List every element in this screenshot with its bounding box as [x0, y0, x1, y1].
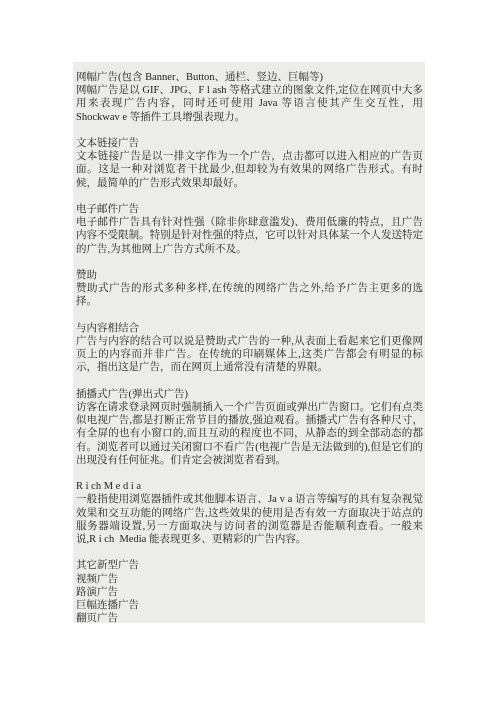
section-heading: 网幅广告(包含 Banner、Button、通栏、竖边、巨幅等)	[76, 71, 423, 84]
section-sponsorship: 赞助 赞助式广告的形式多种多样,在传统的网络广告之外,给予广告主更多的选择。	[76, 269, 423, 309]
section-heading: 赞助	[76, 269, 423, 282]
section-heading: R i ch M e d i a	[76, 480, 423, 493]
list-item: 翻页广告	[76, 612, 423, 623]
section-text-link-ads: 文本链接广告 文本链接广告是以一排文字作为一个广告，点击都可以进入相应的广告页面…	[76, 137, 423, 190]
section-heading: 文本链接广告	[76, 137, 423, 150]
section-body: 广告与内容的结合可以说是赞助式广告的一种,从表面上看起来它们更像网页上的内容而并…	[76, 335, 423, 375]
section-body: 访客在请求登录网页时强制插入一个广告页面或弹出广告窗口。它们有点类似电视广告,都…	[76, 401, 423, 467]
section-heading: 与内容相结合	[76, 322, 423, 335]
section-body: 电子邮件广告具有针对性强（除非你肆意滥发)、费用低廉的特点，且广告内容不受限制。…	[76, 216, 423, 256]
section-heading: 插播式广告(弹出式广告)	[76, 388, 423, 401]
section-banner-ads: 网幅广告(包含 Banner、Button、通栏、竖边、巨幅等) 网幅广告是以 …	[76, 71, 423, 124]
section-other-new-ads: 其它新型广告 视频广告 路演广告 巨幅连播广告 翻页广告 祝贺广告	[76, 559, 423, 623]
section-body: 文本链接广告是以一排文字作为一个广告，点击都可以进入相应的广告页面。这是一种对浏…	[76, 150, 423, 190]
section-heading: 其它新型广告	[76, 559, 423, 572]
section-body: 赞助式广告的形式多种多样,在传统的网络广告之外,给予广告主更多的选择。	[76, 282, 423, 308]
section-body: 网幅广告是以 GIF、JPG、F l ash 等格式建立的图象文件,定位在网页中…	[76, 84, 423, 124]
list-item: 视频广告	[76, 573, 423, 586]
list-item: 巨幅连播广告	[76, 599, 423, 612]
list-item: 路演广告	[76, 586, 423, 599]
document-content-block: 网幅广告(包含 Banner、Button、通栏、竖边、巨幅等) 网幅广告是以 …	[73, 62, 425, 623]
section-body: 一般指使用浏览器插件或其他脚本语言、Ja v a 语言等编写的具有复杂视觉效果和…	[76, 493, 423, 546]
section-email-ads: 电子邮件广告 电子邮件广告具有针对性强（除非你肆意滥发)、费用低廉的特点，且广告…	[76, 203, 423, 256]
section-content-integration: 与内容相结合 广告与内容的结合可以说是赞助式广告的一种,从表面上看起来它们更像网…	[76, 322, 423, 375]
section-heading: 电子邮件广告	[76, 203, 423, 216]
section-rich-media: R i ch M e d i a 一般指使用浏览器插件或其他脚本语言、Ja v …	[76, 480, 423, 546]
section-interstitial-ads: 插播式广告(弹出式广告) 访客在请求登录网页时强制插入一个广告页面或弹出广告窗口…	[76, 388, 423, 467]
